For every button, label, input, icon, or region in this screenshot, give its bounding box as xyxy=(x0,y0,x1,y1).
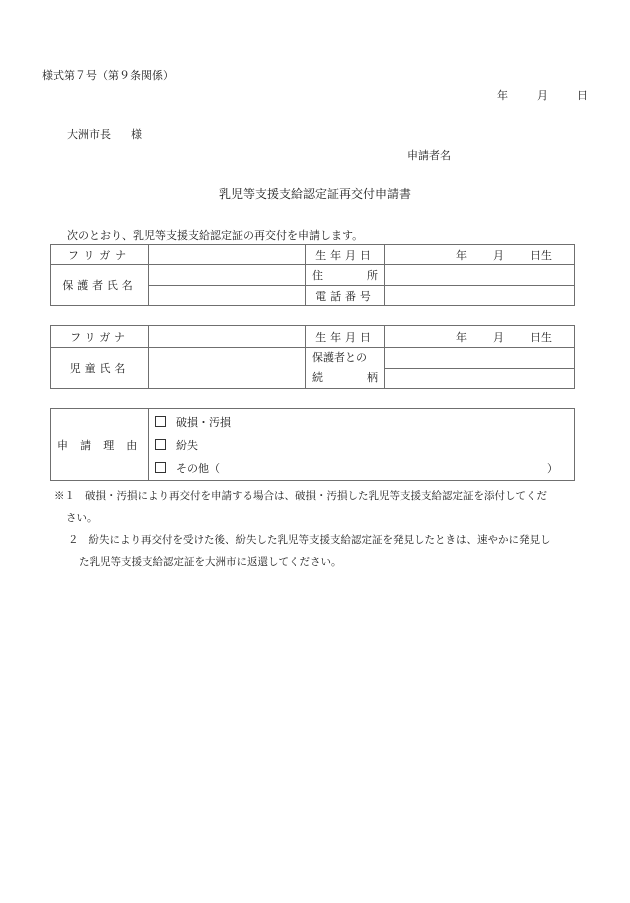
relation-label-b: 柄 xyxy=(367,368,378,388)
guardian-table: フリガナ 生年月日 年月日生 保護者氏名 住所 電話番号 xyxy=(50,244,575,306)
relation-label-line1: 保護者との xyxy=(312,348,378,368)
birth-month-label: 月 xyxy=(493,329,504,345)
note-marker: ２ xyxy=(68,534,79,546)
note-2: ２ 紛失により再交付を受けた後、紛失した乳児等支援支給認定証を発見したときは、速… xyxy=(54,529,551,551)
note-text: さい。 xyxy=(66,512,98,524)
birth-day-label: 日生 xyxy=(530,329,552,345)
guardian-name-field-1[interactable] xyxy=(149,265,306,286)
address-label-a: 住 xyxy=(312,267,323,283)
checkbox-icon[interactable] xyxy=(155,439,166,450)
checkbox-icon[interactable] xyxy=(155,462,166,473)
birth-year-label: 年 xyxy=(456,329,467,345)
reason-option-label: 紛失 xyxy=(176,437,198,453)
relation-label: 保護者との 続柄 xyxy=(306,348,385,389)
guardian-address-field[interactable] xyxy=(385,265,575,286)
guardian-name-field-2[interactable] xyxy=(149,286,306,306)
guardian-phone-field[interactable] xyxy=(385,286,575,306)
child-birth-label: 生年月日 xyxy=(306,326,385,348)
relation-field-2[interactable] xyxy=(385,369,575,389)
date-day-label: 日 xyxy=(577,87,588,103)
note-1-cont: さい。 xyxy=(54,507,551,529)
guardian-birth-field[interactable]: 年月日生 xyxy=(385,245,575,265)
birth-year-label: 年 xyxy=(456,247,467,263)
date-year-label: 年 xyxy=(497,87,508,103)
guardian-address-label: 住所 xyxy=(306,265,385,286)
note-1: ※１ 破損・汚損により再交付を申請する場合は、破損・汚損した乳児等支援支給認定証… xyxy=(54,485,551,507)
addressee-name: 大洲市長 xyxy=(67,128,111,141)
guardian-phone-label: 電話番号 xyxy=(306,286,385,306)
child-birth-field[interactable]: 年月日生 xyxy=(385,326,575,348)
reason-option-damaged[interactable]: 破損・汚損 xyxy=(153,410,570,433)
reason-options: 破損・汚損 紛失 その他（ ） xyxy=(149,409,575,481)
note-text: 破損・汚損により再交付を申請する場合は、破損・汚損した乳児等支援支給認定証を添付… xyxy=(85,490,547,502)
child-table: フリガナ 生年月日 年月日生 児童氏名 保護者との 続柄 xyxy=(50,325,575,389)
relation-field-1[interactable] xyxy=(385,348,575,369)
checkbox-icon[interactable] xyxy=(155,416,166,427)
guardian-furigana-field[interactable] xyxy=(149,245,306,265)
notes: ※１ 破損・汚損により再交付を申請する場合は、破損・汚損した乳児等支援支給認定証… xyxy=(54,485,551,573)
honorific: 様 xyxy=(131,128,142,141)
reason-option-lost[interactable]: 紛失 xyxy=(153,433,570,456)
note-2-cont: た乳児等支援支給認定証を大洲市に返還してください。 xyxy=(54,551,551,573)
relation-label-a: 続 xyxy=(312,368,323,388)
guardian-name-label: 保護者氏名 xyxy=(51,265,149,306)
date-month-label: 月 xyxy=(537,87,548,103)
reason-other-close-paren: ） xyxy=(547,460,558,476)
reason-label: 申請理由 xyxy=(51,409,149,481)
intro-text: 次のとおり、乳児等支援支給認定証の再交付を申請します。 xyxy=(67,227,363,243)
child-name-label: 児童氏名 xyxy=(51,348,149,389)
reason-option-label: その他（ xyxy=(176,460,220,476)
reason-option-other[interactable]: その他（ ） xyxy=(153,456,570,479)
date-field[interactable]: 年 月 日 xyxy=(497,87,588,103)
guardian-birth-label: 生年月日 xyxy=(306,245,385,265)
birth-month-label: 月 xyxy=(493,247,504,263)
reason-table: 申請理由 破損・汚損 紛失 その他（ ） xyxy=(50,408,575,481)
reason-option-label: 破損・汚損 xyxy=(176,414,231,430)
address-label-b: 所 xyxy=(367,267,378,283)
child-name-field[interactable] xyxy=(149,348,306,389)
applicant-name-label: 申請者名 xyxy=(407,147,451,163)
child-furigana-field[interactable] xyxy=(149,326,306,348)
note-text: 紛失により再交付を受けた後、紛失した乳児等支援支給認定証を発見したときは、速やか… xyxy=(89,534,551,546)
addressee: 大洲市長様 xyxy=(67,126,142,142)
note-marker: ※１ xyxy=(54,490,75,502)
note-text: た乳児等支援支給認定証を大洲市に返還してください。 xyxy=(79,556,342,568)
child-furigana-label: フリガナ xyxy=(51,326,149,348)
document-title: 乳児等支援支給認定証再交付申請書 xyxy=(0,185,630,202)
birth-day-label: 日生 xyxy=(530,247,552,263)
form-number: 様式第７号（第９条関係） xyxy=(42,67,174,83)
guardian-furigana-label: フリガナ xyxy=(51,245,149,265)
